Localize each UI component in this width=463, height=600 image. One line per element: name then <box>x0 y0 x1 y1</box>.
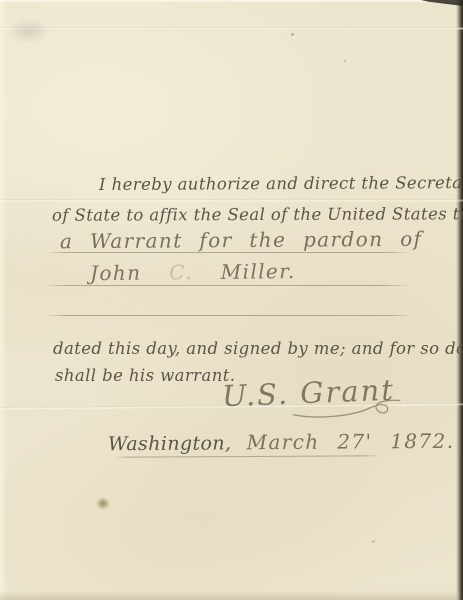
handwritten-warrant-line: a Warrant for the pardon of <box>60 227 423 254</box>
paper-speck <box>291 33 294 36</box>
foxing-spot <box>96 497 110 510</box>
ruled-line <box>45 285 410 286</box>
ruled-line-date <box>113 455 381 457</box>
document-paper: I hereby authorize and direct the Secret… <box>0 0 463 600</box>
scan-background-corner <box>421 0 463 6</box>
fold-crease-middle <box>0 199 463 202</box>
place-printed: Washington, <box>108 432 232 455</box>
paper-speck <box>372 540 375 543</box>
place-date-line: Washington, March 27' 1872. <box>108 429 455 455</box>
pardonee-middle-initial: C. <box>169 260 193 284</box>
fold-crease-top <box>0 27 463 30</box>
ruled-line <box>45 252 410 253</box>
signature-flourish <box>290 396 403 422</box>
pardonee-last-name: Miller. <box>221 259 296 284</box>
handwritten-name-line: John C. Miller. <box>90 259 316 285</box>
paper-edge-top <box>0 0 463 3</box>
paper-edge-left <box>0 0 7 600</box>
pardonee-first-name: John <box>90 261 142 286</box>
date-handwritten: March 27' 1872. <box>246 429 454 454</box>
grant-signature: U.S. Grant <box>221 373 395 414</box>
printed-line-dated: dated this day, and signed by me; and fo… <box>53 339 463 358</box>
scan-edge-shadow <box>456 0 463 600</box>
printed-line-authorize: I hereby authorize and direct the Secret… <box>99 173 463 194</box>
ruled-line-blank <box>45 315 415 316</box>
pencil-smudge <box>8 18 50 44</box>
printed-line-seal: of State to affix the Seal of the United… <box>52 204 463 224</box>
paper-speck <box>344 60 346 62</box>
paper-edge-bottom <box>0 591 463 600</box>
printed-line-warrant-close: shall be his warrant. <box>55 366 235 385</box>
